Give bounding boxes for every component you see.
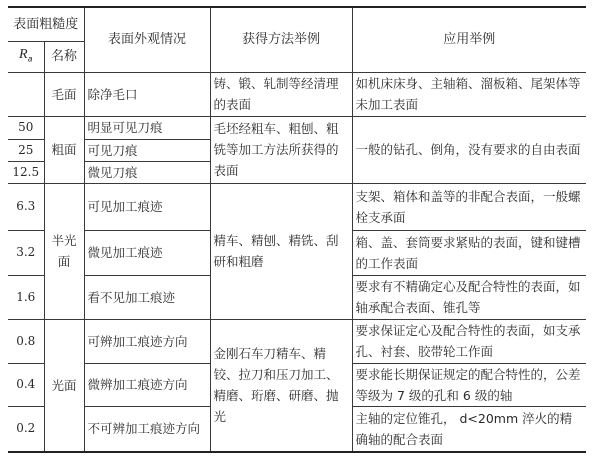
ra-value: 1.6 bbox=[8, 275, 44, 319]
method-cell: 铸、锻、轧制等经清理的表面 bbox=[210, 72, 352, 116]
ra-value: 12.5 bbox=[8, 161, 44, 183]
table-row: 毛面 除净毛口 铸、锻、轧制等经清理的表面 如机床床身、主轴箱、溜板箱、尾架体等… bbox=[8, 72, 586, 116]
header-name: 名称 bbox=[44, 41, 84, 72]
appearance-cell: 微见刀痕 bbox=[84, 161, 210, 183]
table-row: 0.8 光面 可辨加工痕迹方向 金刚石车刀精车、精铰、拉刀和压刀加工、精磨、珩磨… bbox=[8, 319, 586, 363]
application-cell: 如机床床身、主轴箱、溜板箱、尾架体等未加工表面 bbox=[352, 72, 586, 116]
method-cell: 金刚石车刀精车、精铰、拉刀和压刀加工、精磨、珩磨、研磨、抛光 bbox=[210, 319, 352, 452]
application-cell: 要求能长期保证规定的配合特性的，公差等级为 7 级的孔和 6 级的轴 bbox=[352, 363, 586, 406]
surface-name: 毛面 bbox=[44, 72, 84, 116]
ra-value: 25 bbox=[8, 139, 44, 161]
table-row: 50 粗面 明显可见刀痕 毛坯经粗车、粗刨、粗铣等加工方法所获得的表面 一般的钻… bbox=[8, 116, 586, 139]
ra-value: 3.2 bbox=[8, 230, 44, 275]
appearance-cell: 微辨加工痕迹方向 bbox=[84, 363, 210, 406]
ra-value: 6.3 bbox=[8, 183, 44, 230]
ra-value bbox=[8, 72, 44, 116]
ra-value: 0.2 bbox=[8, 406, 44, 452]
ra-value: 0.4 bbox=[8, 363, 44, 406]
surface-name: 粗面 bbox=[44, 116, 84, 183]
application-cell: 支架、箱体和盖等的非配合表面，一般螺栓支承面 bbox=[352, 183, 586, 230]
header-ra: Ra bbox=[8, 41, 44, 72]
ra-subscript: a bbox=[28, 54, 33, 63]
table-row: 6.3 半光面 可见加工痕迹 精车、精刨、精铣、刮研和粗磨 支架、箱体和盖等的非… bbox=[8, 183, 586, 230]
header-roughness-group: 表面粗糙度 bbox=[8, 7, 84, 41]
method-cell: 毛坯经粗车、粗刨、粗铣等加工方法所获得的表面 bbox=[210, 116, 352, 183]
surface-roughness-table: 表面粗糙度 表面外观情况 获得方法举例 应用举例 Ra 名称 毛面 除净毛口 铸… bbox=[8, 6, 586, 453]
application-cell: 主轴的定位锥孔， d<20mm 淬火的精确轴的配合表面 bbox=[352, 406, 586, 452]
appearance-cell: 明显可见刀痕 bbox=[84, 116, 210, 139]
header-appearance: 表面外观情况 bbox=[84, 7, 210, 72]
surface-name: 光面 bbox=[44, 319, 84, 452]
appearance-cell: 可见加工痕迹 bbox=[84, 183, 210, 230]
appearance-cell: 看不见加工痕迹 bbox=[84, 275, 210, 319]
appearance-cell: 可辨加工痕迹方向 bbox=[84, 319, 210, 363]
header-application: 应用举例 bbox=[352, 7, 586, 72]
application-cell: 要求保证定心及配合特性的表面，如支承孔、衬套、胶带轮工作面 bbox=[352, 319, 586, 363]
ra-symbol: R bbox=[19, 47, 28, 62]
ra-value: 0.8 bbox=[8, 319, 44, 363]
appearance-cell: 不可辨加工痕迹方向 bbox=[84, 406, 210, 452]
method-cell: 精车、精刨、精铣、刮研和粗磨 bbox=[210, 183, 352, 319]
ra-value: 50 bbox=[8, 116, 44, 139]
application-cell: 箱、盖、套筒要求紧贴的表面，键和键槽的工作表面 bbox=[352, 230, 586, 275]
surface-name: 半光面 bbox=[44, 183, 84, 319]
appearance-cell: 可见刀痕 bbox=[84, 139, 210, 161]
application-cell: 一般的钻孔、倒角，没有要求的自由表面 bbox=[352, 116, 586, 183]
appearance-cell: 除净毛口 bbox=[84, 72, 210, 116]
appearance-cell: 微见加工痕迹 bbox=[84, 230, 210, 275]
application-cell: 要求有不精确定心及配合特性的表面，如轴承配合表面、锥孔等 bbox=[352, 275, 586, 319]
header-method: 获得方法举例 bbox=[210, 7, 352, 72]
